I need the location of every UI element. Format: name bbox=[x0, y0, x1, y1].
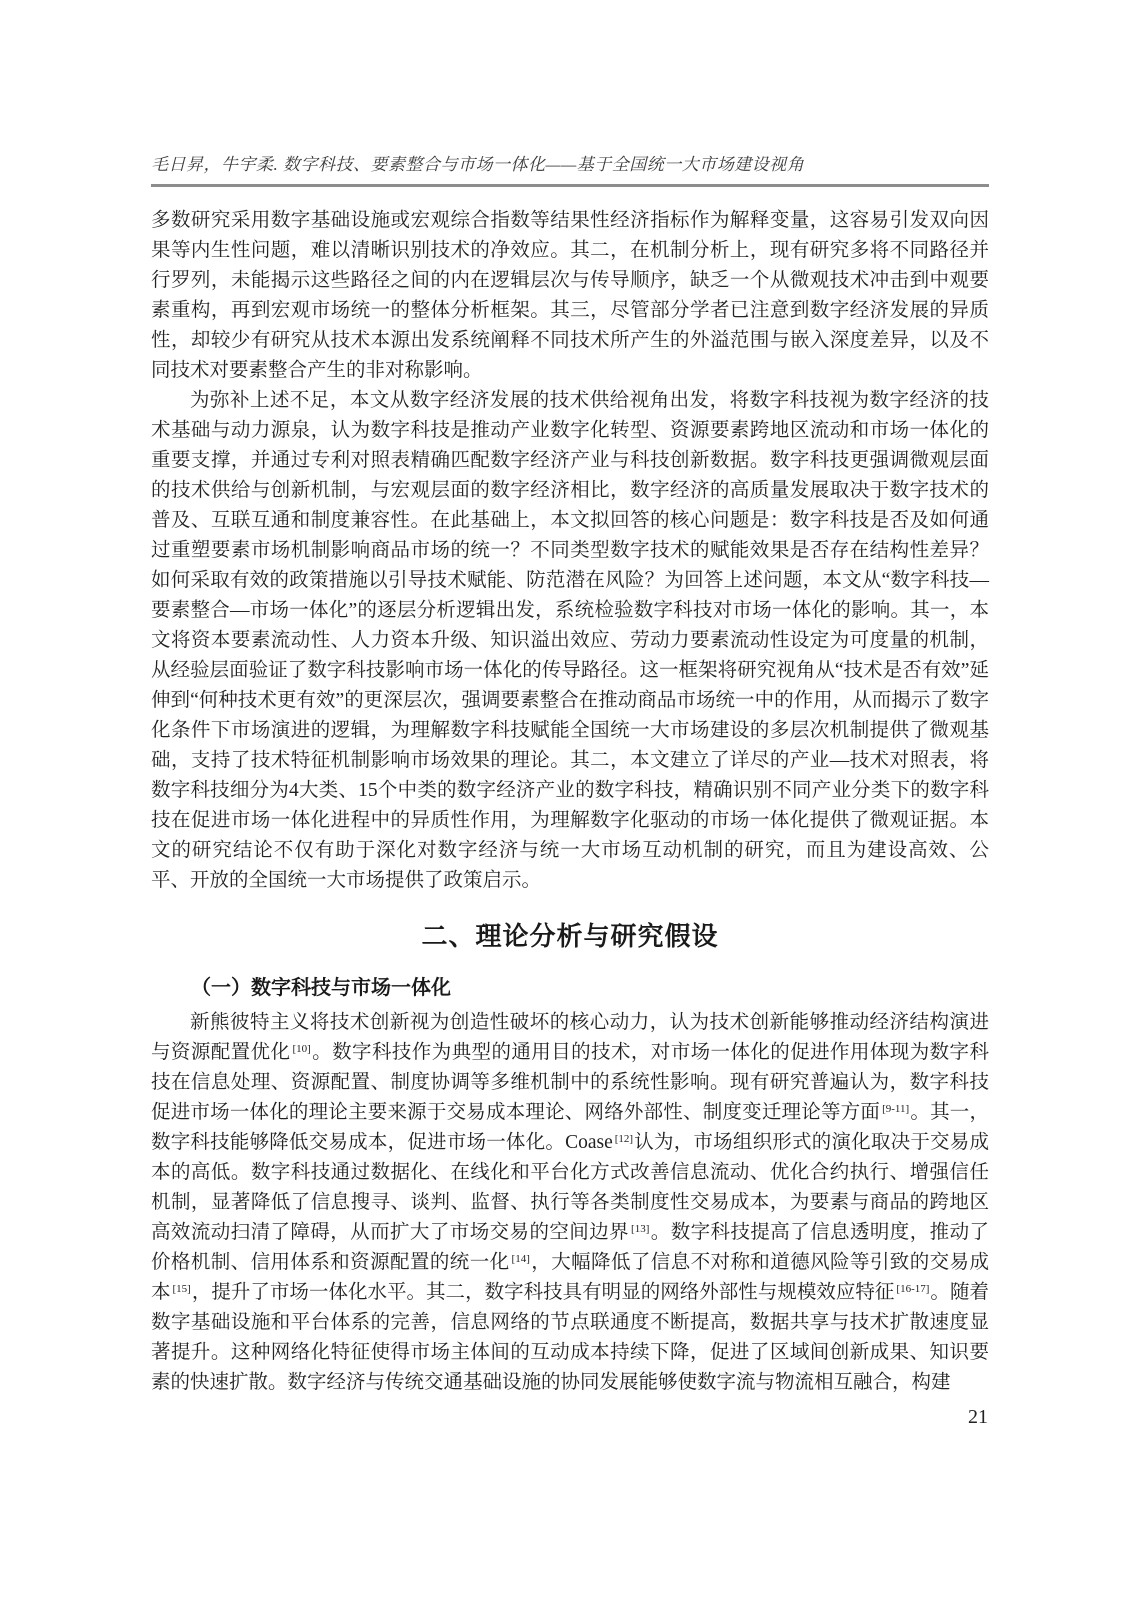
citation-superscript: [15] bbox=[173, 1283, 191, 1295]
citation-superscript: [16-17] bbox=[896, 1283, 929, 1295]
subsection-heading: （一）数字科技与市场一体化 bbox=[151, 972, 989, 1004]
header-rule bbox=[151, 184, 989, 187]
paragraph: 为弥补上述不足，本文从数字经济发展的技术供给视角出发，将数字科技视为数字经济的技… bbox=[151, 386, 989, 896]
paragraph: 多数研究采用数字基础设施或宏观综合指数等结果性经济指标作为解释变量，这容易引发双… bbox=[151, 206, 989, 386]
paragraph: 新熊彼特主义将技术创新视为创造性破坏的核心动力，认为技术创新能够推动经济结构演进… bbox=[151, 1008, 989, 1398]
section-heading: 二、理论分析与研究假设 bbox=[151, 916, 989, 956]
running-header: 毛日昇，牛宇柔. 数字科技、要素整合与市场一体化——基于全国统一大市场建设视角 bbox=[151, 150, 989, 175]
citation-superscript: [14] bbox=[512, 1253, 530, 1265]
citation-superscript: [12] bbox=[615, 1133, 633, 1145]
citation-superscript: [13] bbox=[631, 1223, 649, 1235]
citation-superscript: [10] bbox=[292, 1043, 310, 1055]
paper-page: 毛日昇，牛宇柔. 数字科技、要素整合与市场一体化——基于全国统一大市场建设视角 … bbox=[0, 0, 1140, 1600]
article-body: 多数研究采用数字基础设施或宏观综合指数等结果性经济指标作为解释变量，这容易引发双… bbox=[151, 206, 989, 1398]
citation-superscript: [9-11] bbox=[882, 1103, 909, 1115]
page-number: 21 bbox=[968, 1406, 988, 1429]
